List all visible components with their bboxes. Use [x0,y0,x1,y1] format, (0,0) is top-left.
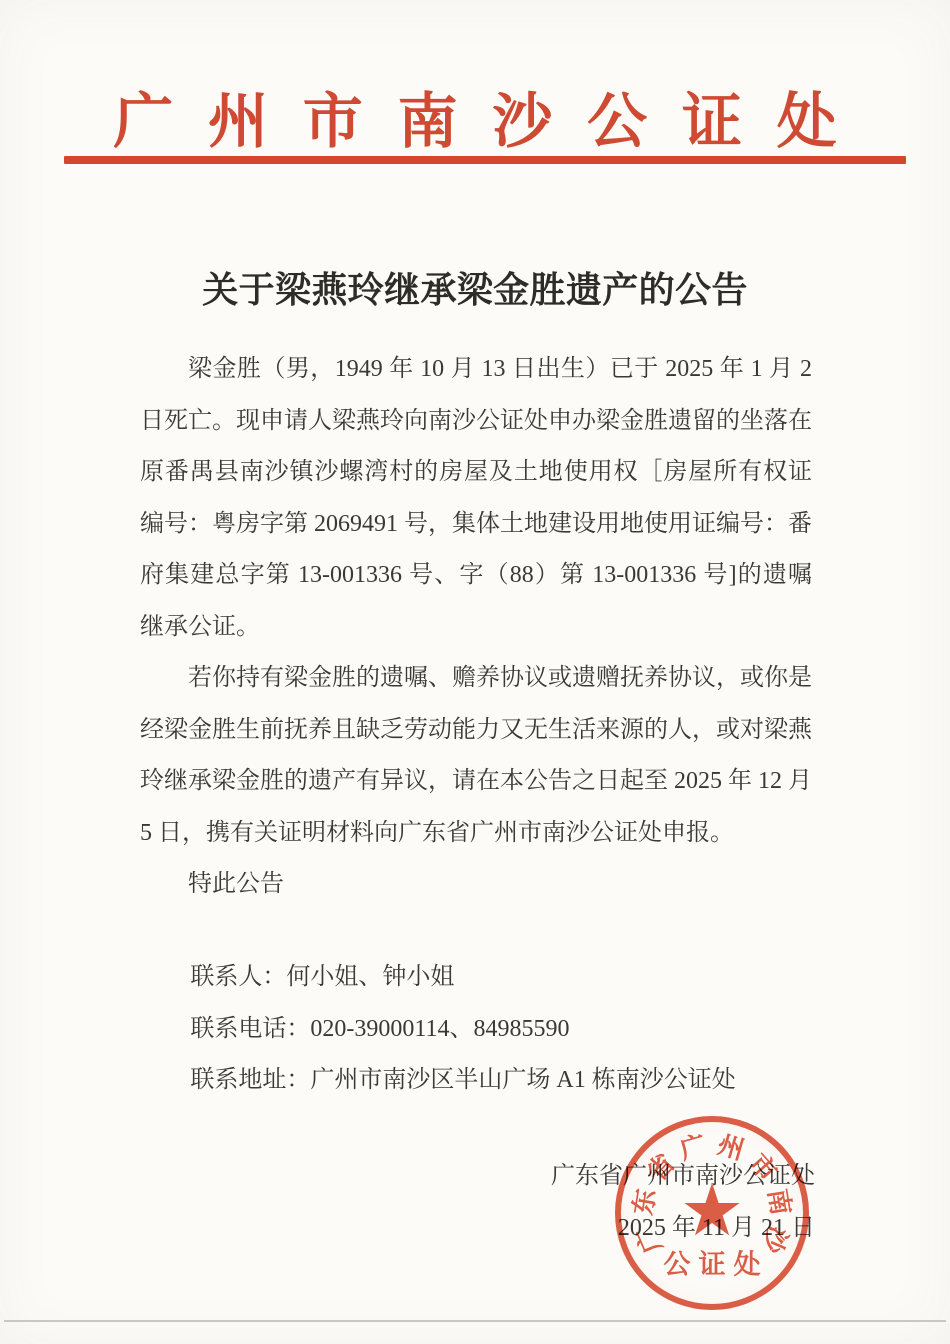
contact-line: 联系电话：020-39000114、84985590 [140,1004,840,1056]
contact-line: 联系地址：广州市南沙区半山广场 A1 栋南沙公证处 [140,1055,840,1107]
scan-edge-line [4,1320,946,1322]
letterhead-office-name: 广州市南沙公证处 [0,74,950,160]
notary-seal: 广东省广州市南沙 ★ 公证处 [615,1116,809,1310]
notice-body: 梁金胜（男，1949 年 10 月 13 日出生）已于 2025 年 1 月 2… [140,344,812,859]
body-line: 玲继承梁金胜的遗产有异议，请在本公告之日起至 2025 年 12 月 [140,756,812,808]
seal-bottom-text: 公证处 [655,1243,768,1282]
seal-arc-char: 南 [761,1186,802,1218]
star-icon: ★ [680,1174,745,1246]
body-line: 梁金胜（男，1949 年 10 月 13 日出生）已于 2025 年 1 月 2 [140,344,812,396]
body-line: 5 日，携有关证明材料向广东省广州市南沙公证处申报。 [140,808,812,860]
body-line: 经梁金胜生前抚养且缺乏劳动能力又无生活来源的人，或对梁燕 [140,705,812,757]
notice-title: 关于梁燕玲继承梁金胜遗产的公告 [0,262,950,313]
seal-arc-char: 州 [714,1124,749,1167]
seal-arc-char: 东 [623,1186,664,1218]
seal-arc-char: 广 [675,1124,710,1167]
body-line: 日死亡。现申请人梁燕玲向南沙公证处申办梁金胜遗留的坐落在 [140,396,812,448]
contact-block: 联系人：何小姐、钟小姐联系电话：020-39000114、84985590联系地… [140,952,840,1107]
contact-line: 联系人：何小姐、钟小姐 [140,952,840,1004]
scanned-notice-page: 广州市南沙公证处 关于梁燕玲继承梁金胜遗产的公告 梁金胜（男，1949 年 10… [0,0,950,1344]
body-line: 继承公证。 [140,602,812,654]
body-line: 编号：粤房字第 2069491 号，集体土地建设用地使用证编号：番 [140,499,812,551]
body-line: 府集建总字第 13-001336 号、字（88）第 13-001336 号]的遗… [140,550,812,602]
seal-arc-char: 市 [742,1145,787,1189]
closing-phrase: 特此公告 [140,859,812,911]
letterhead-divider [64,156,906,164]
body-line: 若你持有梁金胜的遗嘱、赡养协议或遗赠抚养协议，或你是 [140,653,812,705]
seal-arc-char: 省 [637,1145,682,1189]
body-line: 原番禺县南沙镇沙螺湾村的房屋及土地使用权［房屋所有权证 [140,447,812,499]
